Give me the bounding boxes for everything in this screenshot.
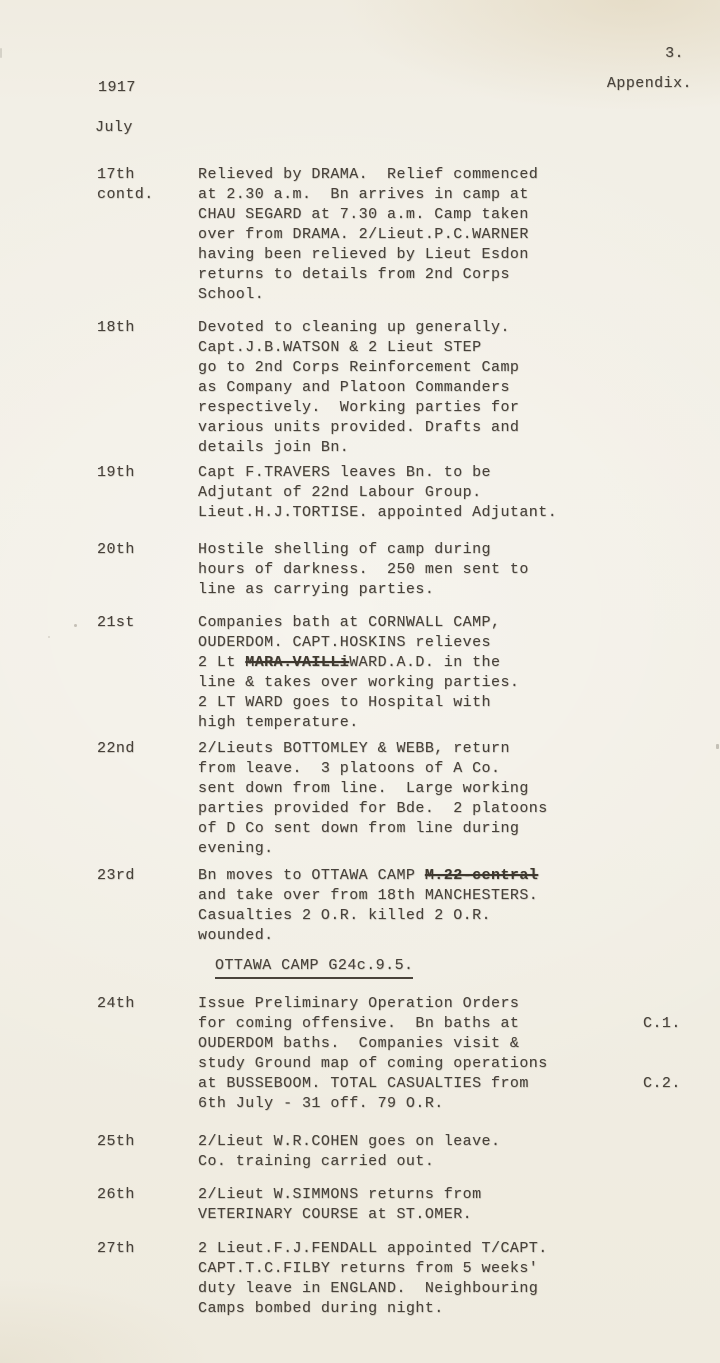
diary-entry-23rd: 23rdBn moves to OTTAWA CAMP M.22-central…: [97, 866, 702, 946]
diary-entry-19th: 19thCapt F.TRAVERS leaves Bn. to be Adju…: [97, 463, 702, 523]
entry-date: 27th: [97, 1239, 198, 1319]
diary-entries: 17th contd.Relieved by DRAMA. Relief com…: [97, 165, 702, 1319]
section-heading-row: OTTAWA CAMP G24c.9.5.: [215, 956, 702, 979]
entry-date: 19th: [97, 463, 198, 523]
year-label: 1917: [98, 78, 136, 98]
diary-entry-18th: 18thDevoted to cleaning up generally. Ca…: [97, 318, 702, 458]
struck-out-text: M.22-central: [425, 867, 538, 884]
entry-text: 2/Lieuts BOTTOMLEY & WEBB, return from l…: [198, 739, 618, 859]
entry-date: 25th: [97, 1132, 198, 1172]
entry-date: 22nd: [97, 739, 198, 859]
entry-date: 18th: [97, 318, 198, 458]
diary-entry-27th: 27th2 Lieut.F.J.FENDALL appointed T/CAPT…: [97, 1239, 702, 1319]
entry-text: Relieved by DRAMA. Relief commenced at 2…: [198, 165, 618, 305]
entry-date: 21st: [97, 613, 198, 733]
diary-entry-22nd: 22nd2/Lieuts BOTTOMLEY & WEBB, return fr…: [97, 739, 702, 859]
paper-speck: [48, 636, 50, 638]
diary-entry-24th: 24thIssue Preliminary Operation Orders f…: [97, 994, 702, 1114]
section-heading: OTTAWA CAMP G24c.9.5.: [215, 956, 413, 979]
war-diary-page: 3. 1917 Appendix. July 17th contd.Reliev…: [0, 0, 720, 1363]
month-label: July: [95, 118, 133, 138]
entry-date: 23rd: [97, 866, 198, 946]
paper-speck: [0, 48, 2, 58]
entry-date: 17th contd.: [97, 165, 198, 305]
entry-text: Companies bath at CORNWALL CAMP, OUDERDO…: [198, 613, 618, 733]
entry-text-before: Bn moves to OTTAWA CAMP: [198, 867, 425, 884]
entry-date: 20th: [97, 540, 198, 600]
appendix-label: Appendix.: [607, 74, 692, 94]
entry-text: Hostile shelling of camp during hours of…: [198, 540, 618, 600]
diary-entry-25th: 25th2/Lieut W.R.COHEN goes on leave. Co.…: [97, 1132, 702, 1172]
entry-text: 2/Lieut W.SIMMONS returns from VETERINAR…: [198, 1185, 618, 1225]
entry-date: 24th: [97, 994, 198, 1114]
entry-date: 26th: [97, 1185, 198, 1225]
paper-speck: [74, 624, 77, 627]
entry-text: 2 Lieut.F.J.FENDALL appointed T/CAPT. CA…: [198, 1239, 618, 1319]
entry-text: 2/Lieut W.R.COHEN goes on leave. Co. tra…: [198, 1132, 618, 1172]
struck-out-text: MARA.VAILLi: [245, 654, 349, 671]
diary-entry-20th: 20thHostile shelling of camp during hour…: [97, 540, 702, 600]
entry-text: Issue Preliminary Operation Orders for c…: [198, 994, 618, 1114]
entry-text: Capt F.TRAVERS leaves Bn. to be Adjutant…: [198, 463, 618, 523]
diary-entry-21st: 21stCompanies bath at CORNWALL CAMP, OUD…: [97, 613, 702, 733]
entry-text: Bn moves to OTTAWA CAMP M.22-central and…: [198, 866, 618, 946]
diary-entry-26th: 26th2/Lieut W.SIMMONS returns from VETER…: [97, 1185, 702, 1225]
margin-note-c2: C.2.: [643, 1074, 681, 1094]
entry-text-after: and take over from 18th MANCHESTERS. Cas…: [198, 887, 538, 944]
paper-speck: [716, 744, 719, 749]
page-number: 3.: [665, 44, 684, 64]
diary-entry-17th: 17th contd.Relieved by DRAMA. Relief com…: [97, 165, 702, 305]
entry-text: Devoted to cleaning up generally. Capt.J…: [198, 318, 618, 458]
margin-note-c1: C.1.: [643, 1014, 681, 1034]
